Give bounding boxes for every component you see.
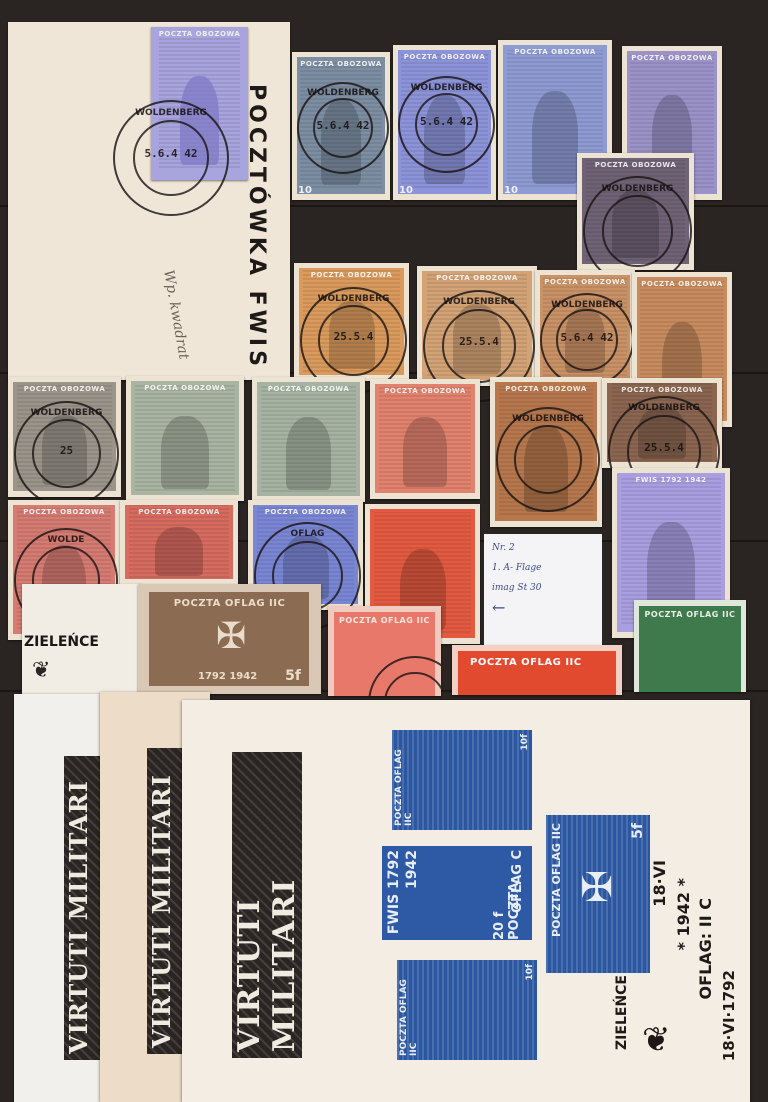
stamp-figure <box>286 417 331 490</box>
stamp-title: POCZTA OBOZOWA <box>622 54 722 62</box>
row3-stamp[interactable]: POCZTA OBOZOWA <box>252 377 365 502</box>
postmark: WOLDENBERG 5.6.4 42 <box>540 293 634 387</box>
red-oflag-stamp-2[interactable]: POCZTA OFLAG IIC <box>452 645 622 695</box>
stamp-title: POCZTA OBOZOWA <box>120 508 238 516</box>
stamp-title: POCZTA OBOZOWA <box>294 271 409 279</box>
stamp-title: FWIS 1792 1942 <box>612 476 730 484</box>
row4-stamp[interactable]: POCZTA OBOZOWA <box>120 500 238 585</box>
cachet-line: 18·VI·1792 <box>720 970 738 1061</box>
stamp-title: POCZTA OBOZOWA <box>490 385 602 393</box>
stamp-title: POCZTA OBOZOWA <box>8 385 121 393</box>
handwritten-note: Nr. 2 1. A- Flage imag St 30 ← <box>484 534 602 646</box>
arrow-left-icon: ← <box>492 598 594 618</box>
stamp-title: POCZTA OBOZOWA <box>393 53 496 61</box>
postcard-vertical-title: POCZTÓWKA FWIS <box>244 84 269 370</box>
stamp-title: POCZTA OBOZOWA <box>370 387 480 395</box>
note-line: 1. A- Flage <box>492 558 594 578</box>
stamp-title: POCZTA OBOZOWA <box>252 385 365 393</box>
blue-sheet-stamp-top: POCZTA OFLAG IIC 10f <box>392 730 532 830</box>
handwriting: Wp. kwadrat <box>160 269 192 361</box>
leaf-branch-icon: ❦ <box>32 658 50 683</box>
postmark: WOLDENBERG <box>496 407 601 512</box>
stamp-title: POCZTA OBOZOWA <box>292 60 390 68</box>
stamp-title: POCZTA OBOZOWA <box>417 274 537 282</box>
stamp-value: 10 <box>504 185 518 196</box>
cachet-line: * 1942 * <box>674 878 693 950</box>
postcard[interactable]: POCZTA OBOZOWA WOLDENBERG 5.6.4 42 POCZT… <box>8 22 290 380</box>
postmark: WOLDENBERG 5.6.4 42 <box>297 82 389 174</box>
leaf-branch-icon: ❦ <box>642 1020 671 1060</box>
stamp-title: POCZTA OBOZOWA <box>248 508 363 516</box>
stamp-title: POCZTA OBOZOWA <box>498 48 612 56</box>
brown-5f-stamp[interactable]: POCZTA OFLAG IIC ✠ 1792 1942 5f <box>138 584 321 694</box>
stamp-value: 10 <box>399 185 413 196</box>
stamp-title: POCZTA OBOZOWA <box>632 280 732 288</box>
stamp-title: POCZTA OBOZOWA <box>602 386 722 394</box>
zielence-piece[interactable]: ZIELEŃCE ❦ <box>22 584 142 694</box>
cachet-line: ZIELEŃCE <box>614 975 630 1050</box>
virtuti-cross-icon: ✠ <box>216 616 246 657</box>
postmark: WOLDENBERG 5.6.4 42 <box>113 100 229 216</box>
stamp-figure <box>403 417 447 487</box>
postmark: WOLDENBERG 25 <box>14 401 120 507</box>
green-oflag-stamp[interactable]: POCZTA OFLAG IIC <box>634 600 746 692</box>
stamp-title: POCZTA OBOZOWA <box>126 384 244 392</box>
stamp-title: POCZTA OBOZOWA <box>8 508 120 516</box>
stamp-value: 10 <box>298 185 312 196</box>
blue-sheet-stamp-middle: FWIS 1792 1942 20 f POCZTA OFLAG C <box>382 846 532 940</box>
row3-stamp[interactable]: POCZTA OBOZOWA <box>126 376 244 501</box>
stamp-title: POCZTA OBOZOWA <box>577 161 694 169</box>
blue-sheet-stamp-bottom: POCZTA OFLAG IIC 10f <box>397 960 537 1060</box>
miniature-sheet-blue[interactable]: VIRTUTI MILITARI POCZTA OFLAG IIC 10f FW… <box>182 700 750 1102</box>
note-line: imag St 30 <box>492 578 594 598</box>
zielence-cancel: ZIELEŃCE <box>24 634 99 650</box>
cachet-line: OFLAG: II C <box>696 898 715 999</box>
red-oflag-stamp-1[interactable]: POCZTA OFLAG IIC <box>328 606 441 696</box>
row3-stamp[interactable]: POCZTA OBOZOWA <box>370 379 480 499</box>
postmark: WOLDENBERG 5.6.4 42 <box>398 76 495 173</box>
stamp-title: POCZTA OBOZOWA <box>151 30 248 38</box>
virtuti-militari-band: VIRTUTI MILITARI <box>232 752 302 1058</box>
blue-sheet-stamp-5f: POCZTA OFLAG IIC ✠ 5f <box>546 815 650 973</box>
cachet-line: 18·VI <box>650 860 669 907</box>
stamp-figure <box>155 527 202 576</box>
stamp-figure <box>532 91 578 184</box>
virtuti-cross-icon: ✠ <box>580 865 614 911</box>
stamp-title: POCZTA OBOZOWA <box>535 278 635 286</box>
stamp-figure <box>161 416 208 489</box>
note-line: Nr. 2 <box>492 538 594 558</box>
